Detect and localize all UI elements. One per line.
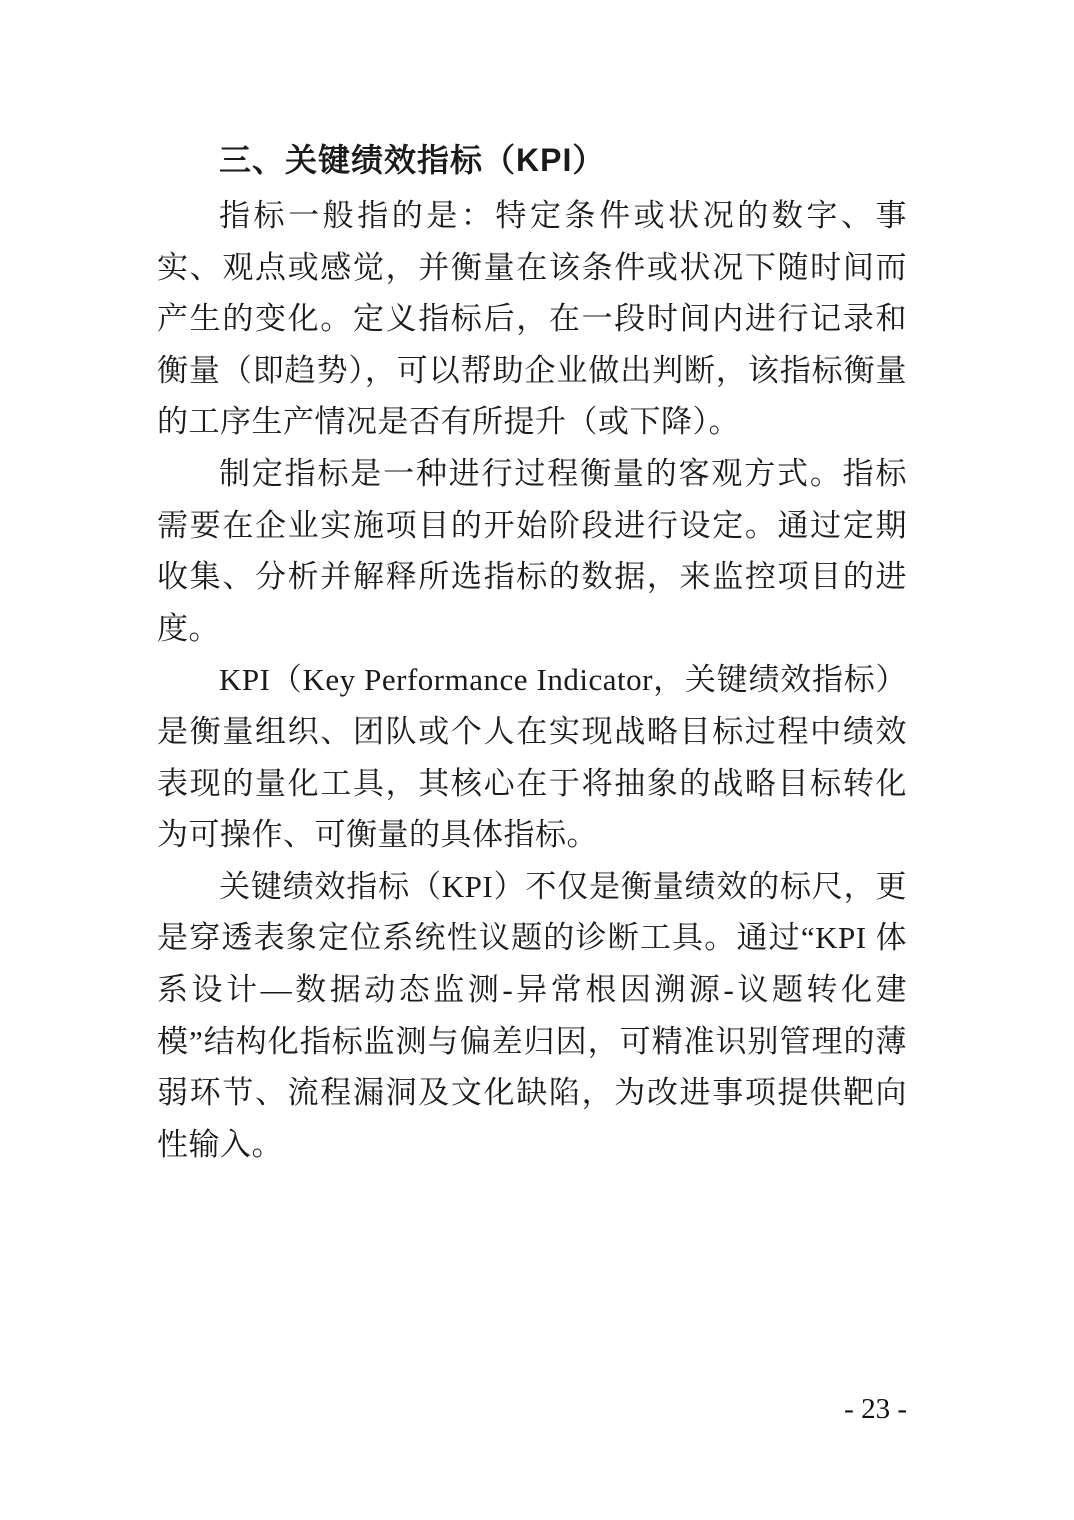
page-number: - 23 - (157, 1392, 907, 1426)
paragraph-kpi-definition: KPI（Key Performance Indicator，关键绩效指标）是衡量… (157, 654, 907, 860)
paragraph-kpi-diagnosis: 关键绩效指标（KPI）不仅是衡量绩效的标尺，更是穿透表象定位系统性议题的诊断工具… (157, 861, 907, 1171)
document-body: 三、关键绩效指标（KPI） 指标一般指的是：特定条件或状况的数字、事实、观点或感… (157, 134, 907, 1170)
paragraph-indicator-method: 制定指标是一种进行过程衡量的客观方式。指标需要在企业实施项目的开始阶段进行设定。… (157, 448, 907, 654)
section-heading: 三、关键绩效指标（KPI） (157, 134, 907, 186)
paragraph-indicator-definition: 指标一般指的是：特定条件或状况的数字、事实、观点或感觉，并衡量在该条件或状况下随… (157, 190, 907, 448)
document-page: 三、关键绩效指标（KPI） 指标一般指的是：特定条件或状况的数字、事实、观点或感… (0, 0, 1074, 1520)
